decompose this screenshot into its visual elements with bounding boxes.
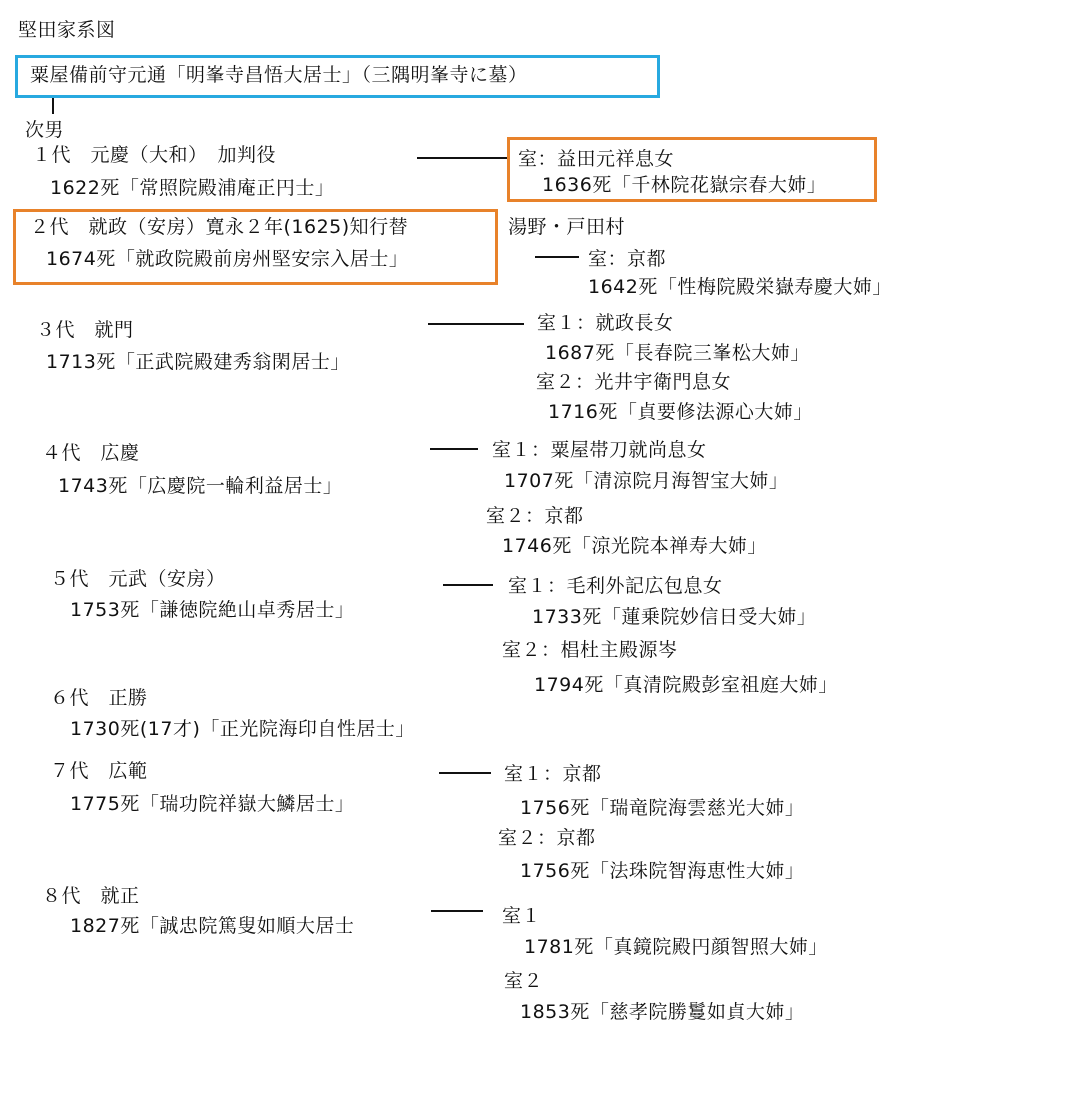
gen3-heading: ３代 就門 xyxy=(36,318,134,342)
gen8-spouse2-death: 1853死「慈孝院勝鬘如貞大姉」 xyxy=(520,1000,804,1024)
gen5-death: 1753死「謙徳院絶山卓秀居士」 xyxy=(70,598,354,622)
gen3-death: 1713死「正武院殿建秀翁閑居士」 xyxy=(46,350,350,374)
gen5-spouse2-name: 室２：椙杜主殿源岑 xyxy=(502,638,678,662)
gen7-marriage-line xyxy=(439,772,491,774)
gen4-spouse1-name: 室１：粟屋帯刀就尚息女 xyxy=(492,438,707,462)
gen4-spouse2-name: 室２：京都 xyxy=(486,504,584,528)
gen6-death: 1730死(17才)「正光院海印自性居士」 xyxy=(70,717,415,741)
gen7-death: 1775死「瑞功院祥嶽大鱗居士」 xyxy=(70,792,354,816)
gen8-spouse1-death: 1781死「真鏡院殿円顔智照大姉」 xyxy=(524,935,828,959)
gen3-spouse1-name: 室１：就政長女 xyxy=(537,311,674,335)
page-title: 堅田家系図 xyxy=(18,18,116,42)
gen3-spouse2-name: 室２：光井宇衛門息女 xyxy=(536,370,731,394)
gen2-heading: ２代 就政（安房）寛永２年(1625)知行替 xyxy=(30,215,408,239)
gen2-note: 湯野・戸田村 xyxy=(508,215,625,239)
gen2-spouse1-death: 1642死「性梅院殿栄嶽寿慶大姉」 xyxy=(588,275,892,299)
gen7-spouse1-name: 室１：京都 xyxy=(504,762,602,786)
gen6-heading: ６代 正勝 xyxy=(50,686,148,710)
gen1-marriage-line xyxy=(417,157,507,159)
descent-line xyxy=(52,98,54,114)
gen1-heading: １代 元慶（大和） 加判役 xyxy=(32,143,276,167)
gen4-marriage-line xyxy=(430,448,478,450)
ancestor-name: 粟屋備前守元通「明峯寺昌悟大居士」（三隅明峯寺に墓） xyxy=(30,63,528,87)
gen7-heading: ７代 広範 xyxy=(50,759,148,783)
gen1-spouse1-death: 1636死「千林院花嶽宗春大姉」 xyxy=(542,173,826,197)
gen4-death: 1743死「広慶院一輪利益居士」 xyxy=(58,474,342,498)
gen1-spouse1-name: 室：益田元祥息女 xyxy=(518,147,674,171)
relation-label: 次男 xyxy=(25,118,64,142)
gen8-heading: ８代 就正 xyxy=(42,884,140,908)
gen2-marriage-line xyxy=(535,256,579,258)
gen3-spouse1-death: 1687死「長春院三峯松大姉」 xyxy=(545,341,810,365)
gen2-spouse1-name: 室：京都 xyxy=(588,247,666,271)
gen5-heading: ５代 元武（安房） xyxy=(50,567,226,591)
gen7-spouse2-death: 1756死「法珠院智海恵性大姉」 xyxy=(520,859,804,883)
gen4-spouse2-death: 1746死「涼光院本禅寿大姉」 xyxy=(502,534,767,558)
gen2-death: 1674死「就政院殿前房州堅安宗入居士」 xyxy=(46,247,408,271)
gen4-heading: ４代 広慶 xyxy=(42,441,140,465)
gen3-marriage-line xyxy=(428,323,524,325)
gen8-spouse1-name: 室１ xyxy=(502,904,541,928)
gen7-spouse2-name: 室２：京都 xyxy=(498,826,596,850)
gen3-spouse2-death: 1716死「貞要修法源心大姉」 xyxy=(548,400,813,424)
gen5-spouse1-death: 1733死「蓮乗院妙信日受大姉」 xyxy=(532,605,816,629)
gen1-death: 1622死「常照院殿浦庵正円士」 xyxy=(50,176,334,200)
gen5-marriage-line xyxy=(443,584,493,586)
gen8-death: 1827死「誠忠院篤叟如順大居士 xyxy=(70,914,354,938)
gen7-spouse1-death: 1756死「瑞竜院海雲慈光大姉」 xyxy=(520,796,804,820)
gen5-spouse1-name: 室１：毛利外記広包息女 xyxy=(508,574,723,598)
gen4-spouse1-death: 1707死「清涼院月海智宝大姉」 xyxy=(504,469,788,493)
gen5-spouse2-death: 1794死「真清院殿彭室祖庭大姉」 xyxy=(534,673,838,697)
gen8-marriage-line xyxy=(431,910,483,912)
gen8-spouse2-name: 室２ xyxy=(504,969,543,993)
